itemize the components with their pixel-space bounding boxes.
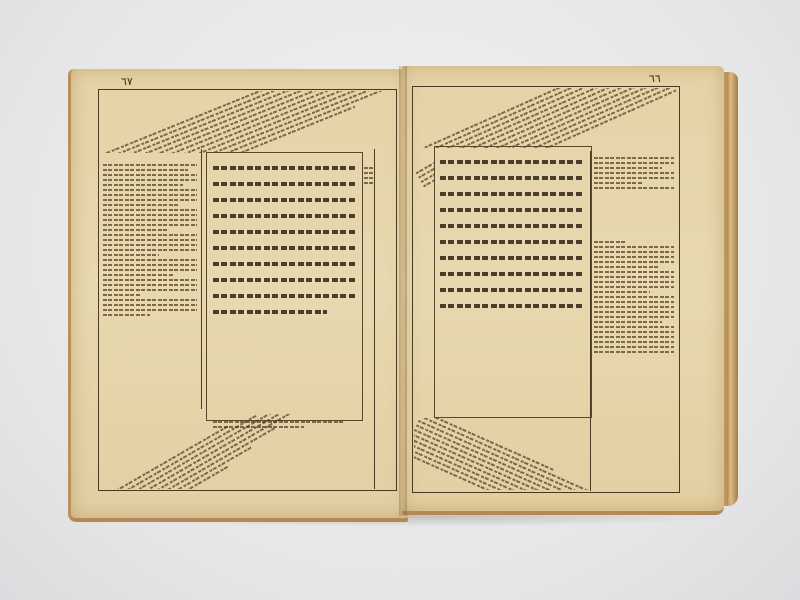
book-gutter	[399, 66, 407, 516]
left-bottom-diagonal-notes	[101, 414, 301, 489]
right-outer-notes-top	[594, 154, 674, 214]
left-top-diagonal-notes	[101, 91, 391, 153]
left-inner-rule	[374, 149, 375, 489]
left-marginal-commentary	[103, 161, 197, 406]
right-outer-notes	[594, 238, 674, 438]
right-page: ٦٦	[402, 66, 724, 515]
right-inner-notes	[414, 150, 434, 410]
left-inner-notes	[364, 164, 373, 414]
left-page-number: ٦٧	[121, 75, 133, 88]
right-main-text	[440, 148, 584, 414]
right-page-number: ٦٦	[649, 72, 661, 85]
left-main-text	[213, 154, 355, 416]
left-column-rule	[201, 149, 202, 409]
right-top-diagonal-notes	[414, 88, 676, 148]
left-page: ٦٧	[68, 69, 408, 522]
open-book: ٦٧	[68, 66, 740, 518]
right-bottom-diagonal-notes	[414, 418, 676, 490]
